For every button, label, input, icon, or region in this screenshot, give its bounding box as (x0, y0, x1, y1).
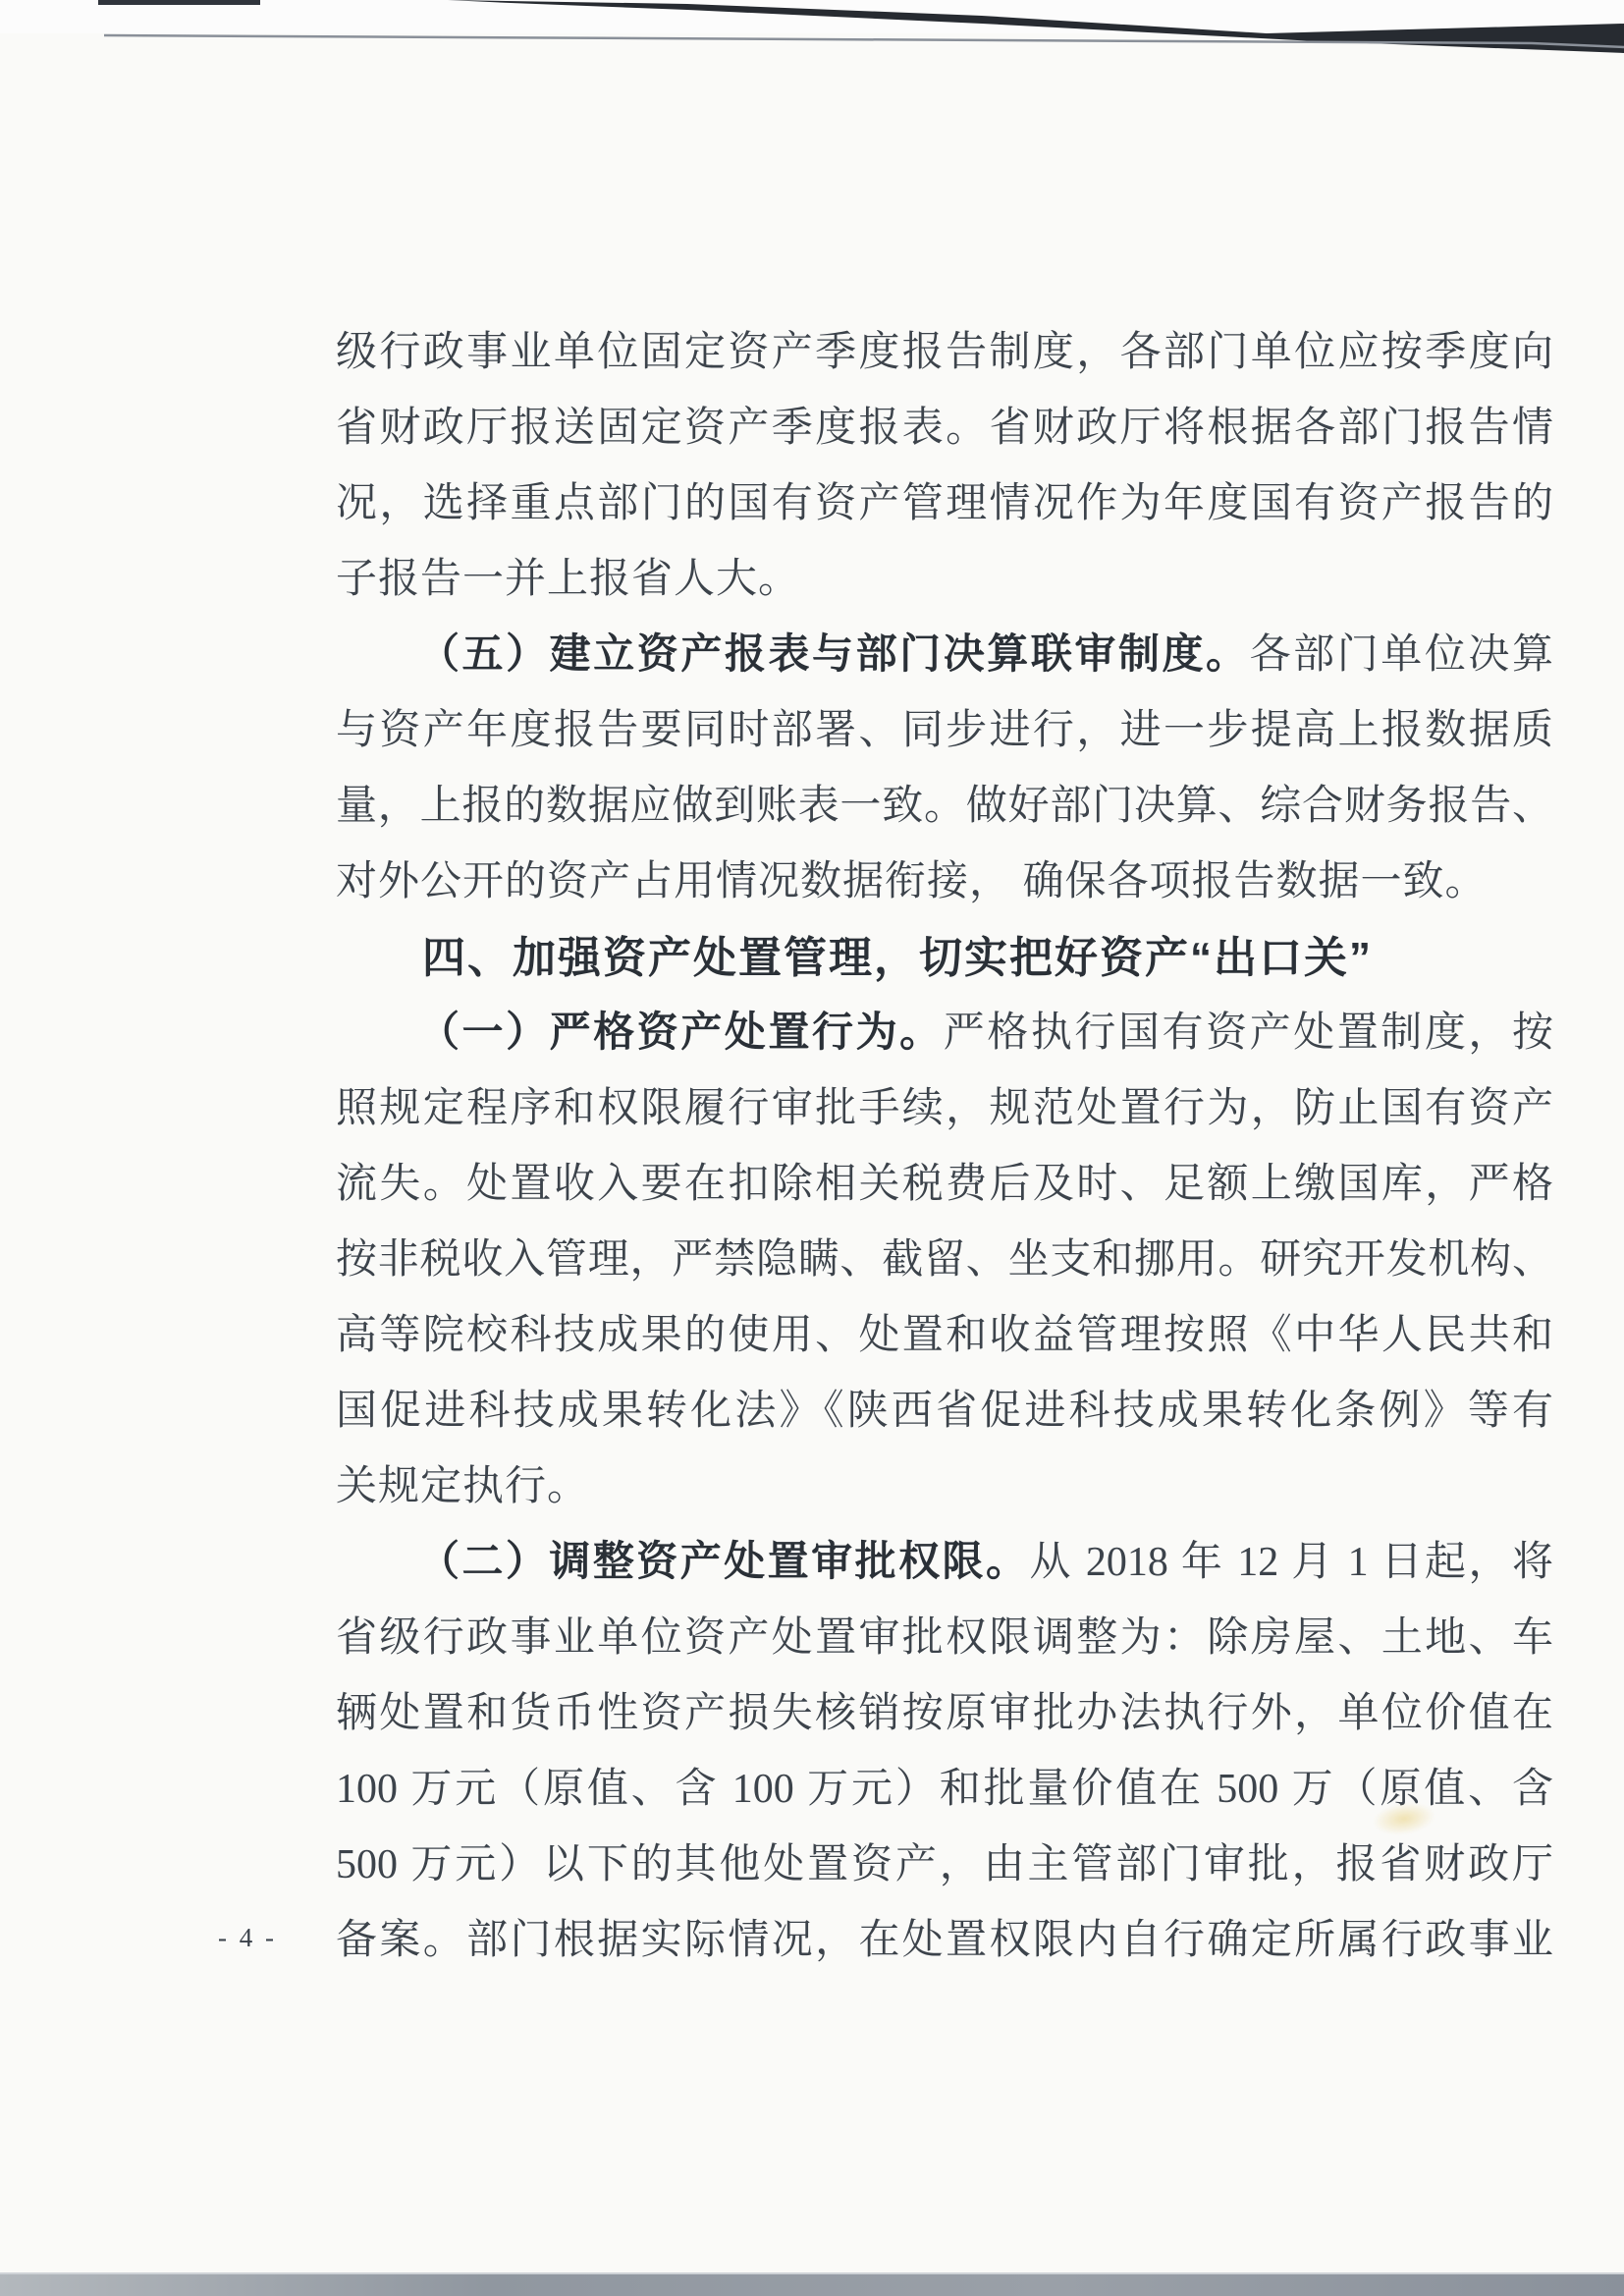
scanned-document-page: 级行政事业单位固定资产季度报告制度，各部门单位应按季度向省财政厅报送固定资产季度… (0, 0, 1624, 2296)
text-line-6: 与资产年度报告要同时部署、同步进行，进一步提高上报数据质 (336, 693, 1553, 769)
bold-run: （五）建立资产报表与部门决算联审制度。 (418, 632, 1250, 678)
text-run: 况，选择重点部门的国有资产管理情况作为年度国有资产报告的 (336, 481, 1553, 526)
text-line-8: 对外公开的资产占用情况数据衔接， 确保各项报告数据一致。 (336, 845, 1553, 920)
section-heading: 四、加强资产处置管理，切实把好资产“出口关” (336, 920, 1553, 996)
text-line-13: 按非税收入管理，严禁隐瞒、截留、坐支和挪用。研究开发机构、 (336, 1223, 1553, 1298)
text-run: 按非税收入管理，严禁隐瞒、截留、坐支和挪用。研究开发机构、 (336, 1237, 1553, 1283)
text-run: 省级行政事业单位资产处置审批权限调整为：除房屋、土地、车 (336, 1615, 1553, 1661)
text-run: 级行政事业单位固定资产季度报告制度，各部门单位应按季度向 (336, 330, 1553, 375)
text-run: 辆处置和货币性资产损失核销按原审批办法执行外，单位价值在 (336, 1691, 1553, 1736)
text-line-7: 量，上报的数据应做到账表一致。做好部门决算、综合财务报告、 (336, 769, 1553, 845)
text-run: 500 万元）以下的其他处置资产，由主管部门审批，报省财政厅 (336, 1842, 1553, 1887)
scan-fold-line (104, 35, 1624, 47)
text-line-22: 备案。部门根据实际情况，在处置权限内自行确定所属行政事业 (336, 1903, 1553, 1979)
text-line-1: 级行政事业单位固定资产季度报告制度，各部门单位应按季度向 (336, 315, 1553, 391)
text-line-10: （一）严格资产处置行为。严格执行国有资产处置制度，按 (336, 996, 1553, 1071)
text-line-18: 省级行政事业单位资产处置审批权限调整为：除房屋、土地、车 (336, 1601, 1553, 1676)
text-line-3: 况，选择重点部门的国有资产管理情况作为年度国有资产报告的 (336, 466, 1553, 542)
text-run: 与资产年度报告要同时部署、同步进行，进一步提高上报数据质 (336, 708, 1553, 753)
text-run: 对外公开的资产占用情况数据衔接， 确保各项报告数据一致。 (336, 859, 1488, 904)
scan-artifact-bottom (0, 2272, 1624, 2296)
text-run: 关规定执行。 (336, 1464, 589, 1509)
text-run: 100 万元（原值、含 100 万元）和批量价值在 500 万（原值、含 (336, 1767, 1553, 1812)
text-run: 量，上报的数据应做到账表一致。做好部门决算、综合财务报告、 (336, 784, 1553, 829)
text-line-2: 省财政厅报送固定资产季度报表。省财政厅将根据各部门报告情 (336, 391, 1553, 466)
bold-run: （二）调整资产处置审批权限。 (418, 1540, 1029, 1585)
scanner-light-band (0, 0, 1624, 33)
text-run: 各部门单位决算 (1250, 632, 1553, 678)
text-run: 备案。部门根据实际情况，在处置权限内自行确定所属行政事业 (336, 1918, 1553, 1963)
text-line-5: （五）建立资产报表与部门决算联审制度。各部门单位决算 (336, 618, 1553, 693)
text-run: 国促进科技成果转化法》《陕西省促进科技成果转化条例》等有 (336, 1389, 1553, 1434)
text-line-4: 子报告一并上报省人大。 (336, 542, 1553, 618)
text-line-20: 100 万元（原值、含 100 万元）和批量价值在 500 万（原值、含 (336, 1752, 1553, 1828)
scan-dark-wedge (448, 0, 1624, 53)
text-line-17: （二）调整资产处置审批权限。从 2018 年 12 月 1 日起，将 (336, 1525, 1553, 1601)
bold-run: （一）严格资产处置行为。 (418, 1011, 944, 1056)
page-number: - 4 - (218, 1923, 277, 1953)
text-line-21: 500 万元）以下的其他处置资产，由主管部门审批，报省财政厅 (336, 1828, 1553, 1903)
scan-edge-tick (98, 0, 260, 5)
text-run: 子报告一并上报省人大。 (336, 557, 800, 602)
text-line-19: 辆处置和货币性资产损失核销按原审批办法执行外，单位价值在 (336, 1676, 1553, 1752)
text-line-11: 照规定程序和权限履行审批手续，规范处置行为，防止国有资产 (336, 1071, 1553, 1147)
text-run: 严格执行国有资产处置制度，按 (944, 1011, 1553, 1056)
document-body: 级行政事业单位固定资产季度报告制度，各部门单位应按季度向省财政厅报送固定资产季度… (336, 315, 1553, 1979)
text-line-12: 流失。处置收入要在扣除相关税费后及时、足额上缴国库，严格 (336, 1147, 1553, 1223)
text-line-14: 高等院校科技成果的使用、处置和收益管理按照《中华人民共和 (336, 1298, 1553, 1374)
text-run: 省财政厅报送固定资产季度报表。省财政厅将根据各部门报告情 (336, 406, 1553, 451)
text-line-15: 国促进科技成果转化法》《陕西省促进科技成果转化条例》等有 (336, 1374, 1553, 1449)
text-line-16: 关规定执行。 (336, 1449, 1553, 1525)
text-run: 流失。处置收入要在扣除相关税费后及时、足额上缴国库，严格 (336, 1162, 1553, 1207)
scan-artifact-top (0, 0, 1624, 147)
text-run: 照规定程序和权限履行审批手续，规范处置行为，防止国有资产 (336, 1086, 1553, 1131)
bold-run: 四、加强资产处置管理，切实把好资产“出口关” (422, 934, 1373, 982)
text-run: 从 2018 年 12 月 1 日起，将 (1029, 1540, 1553, 1585)
text-run: 高等院校科技成果的使用、处置和收益管理按照《中华人民共和 (336, 1313, 1553, 1358)
